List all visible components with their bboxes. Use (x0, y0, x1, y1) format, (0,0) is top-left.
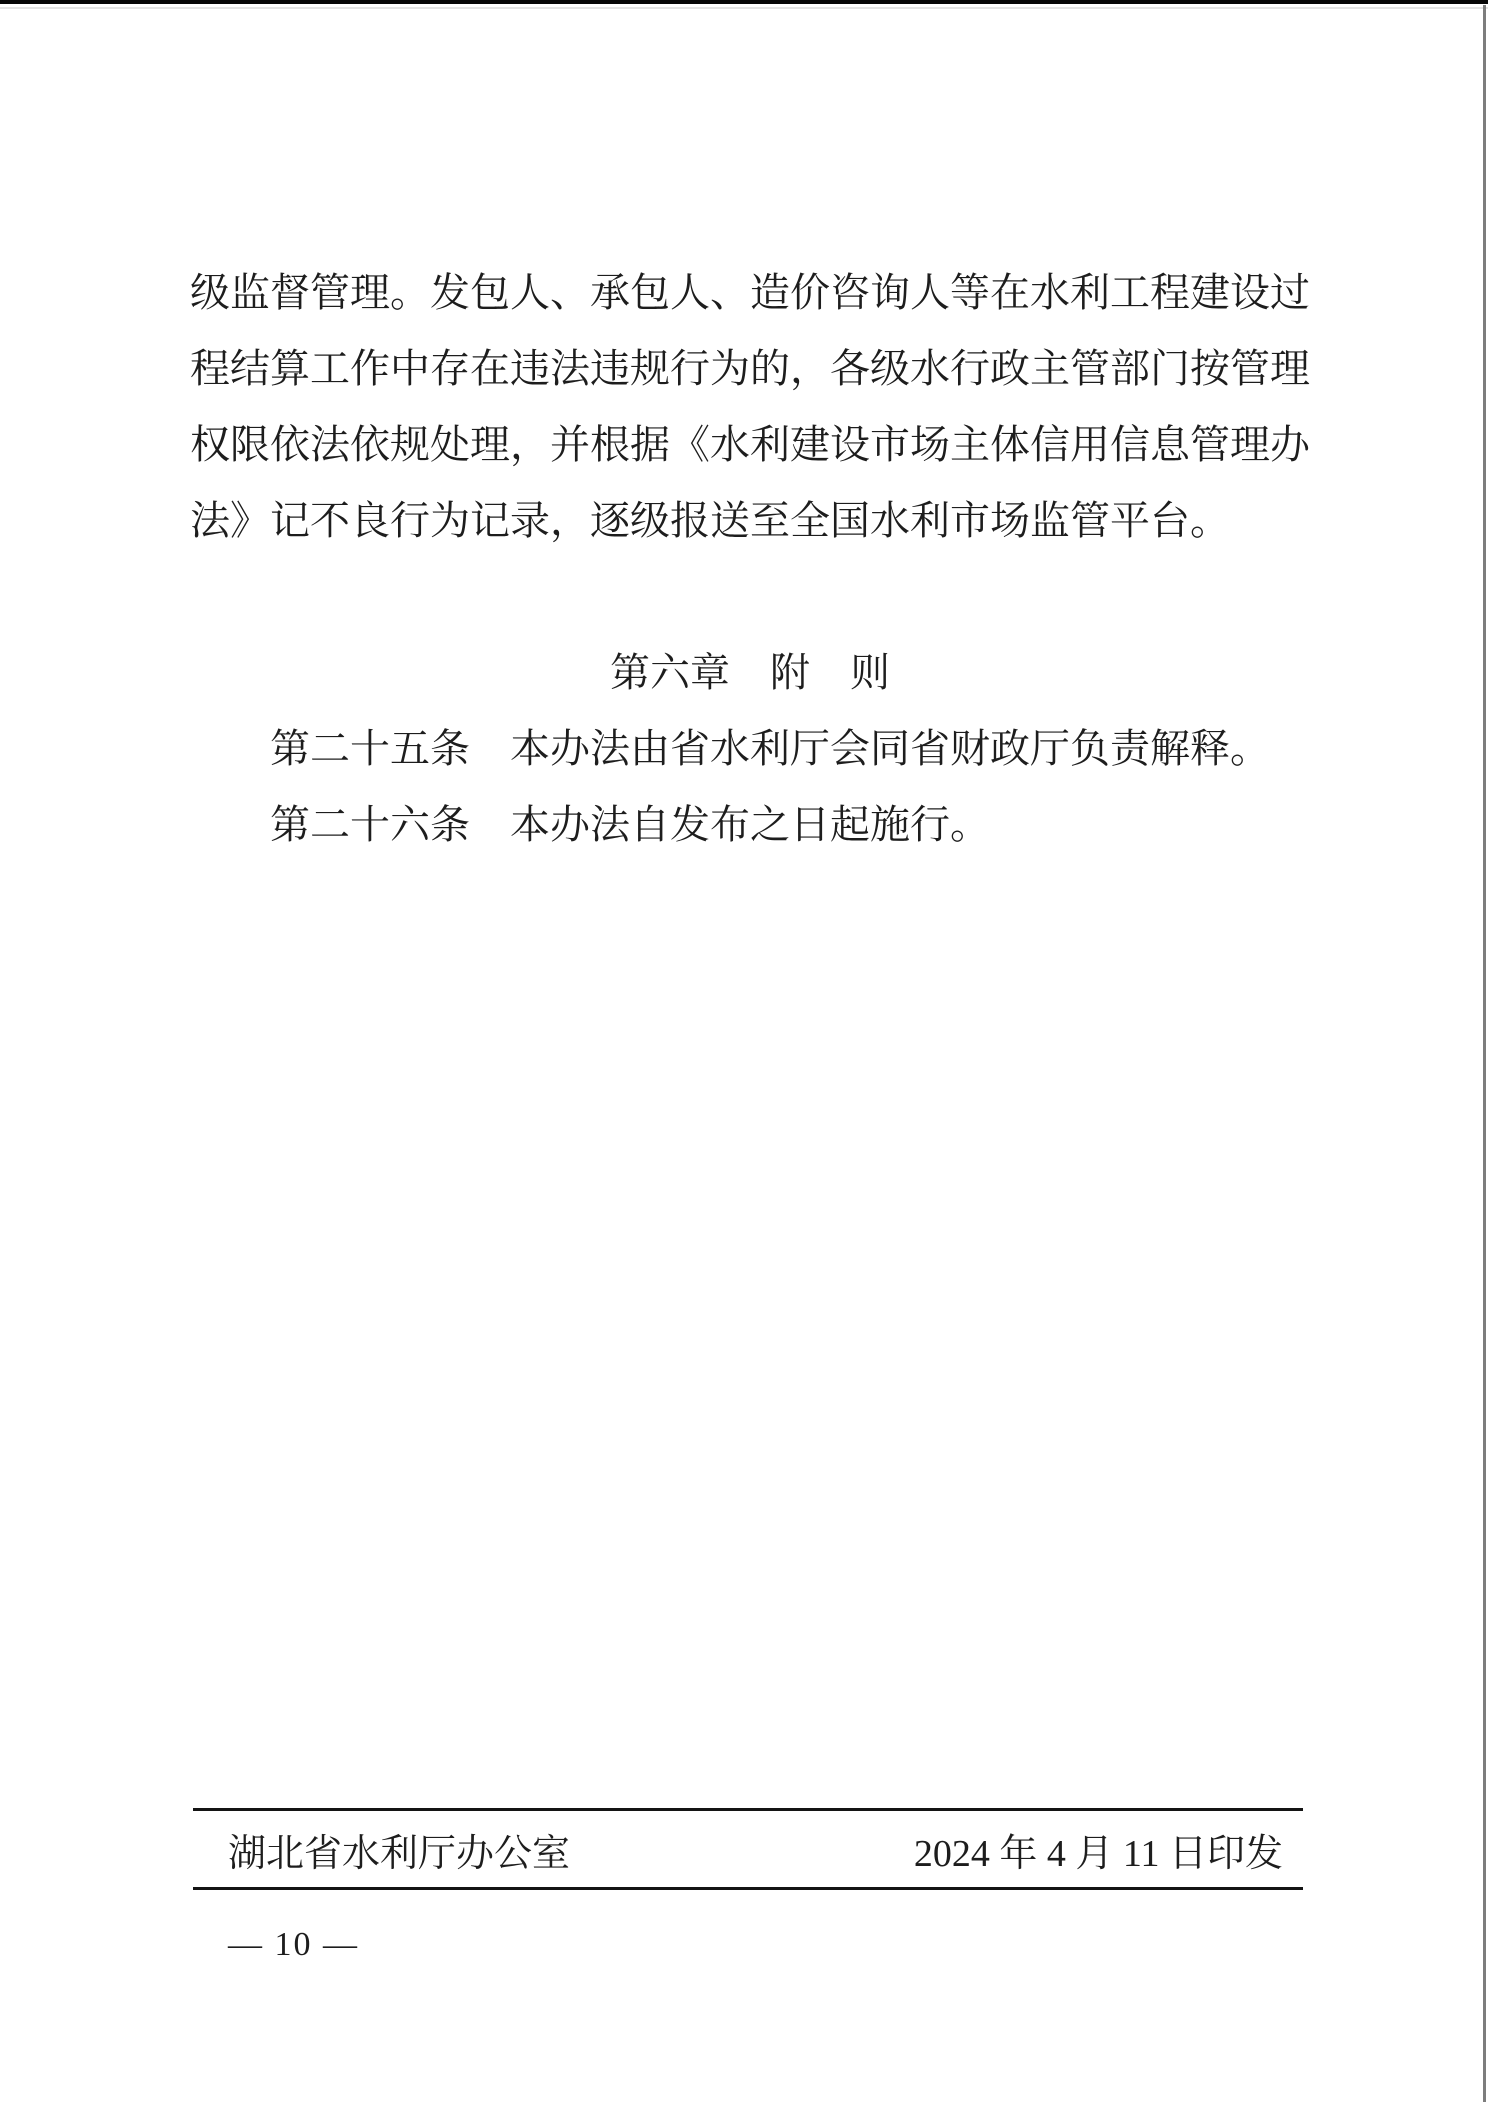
article-text: 本办法自发布之日起施行。 (510, 802, 990, 847)
blank-line (190, 559, 1310, 635)
body-paragraph-line: 级监督管理。发包人、承包人、造价咨询人等在水利工程建设过 (190, 255, 1310, 331)
body-paragraph-line: 法》记不良行为记录，逐级报送至全国水利市场监管平台。 (190, 483, 1310, 559)
article-line-25: 第二十五条本办法由省水利厅会同省财政厅负责解释。 (190, 711, 1310, 787)
document-page: 级监督管理。发包人、承包人、造价咨询人等在水利工程建设过 程结算工作中存在违法违… (0, 0, 1488, 2104)
page-top-edge-shadow (0, 7, 1488, 9)
chapter-heading: 第六章 附 则 (190, 635, 1310, 711)
footer-rule-bottom (193, 1887, 1303, 1890)
footer-row: 湖北省水利厅办公室 2024 年 4 月 11 日印发 (193, 1811, 1303, 1887)
page-right-edge-line (1483, 5, 1486, 2102)
article-text: 本办法由省水利厅会同省财政厅负责解释。 (510, 726, 1270, 771)
body-paragraph-line: 权限依法依规处理，并根据《水利建设市场主体信用信息管理办 (190, 407, 1310, 483)
document-body: 级监督管理。发包人、承包人、造价咨询人等在水利工程建设过 程结算工作中存在违法违… (190, 255, 1310, 863)
article-number: 第二十六条 (270, 802, 470, 847)
page-number: — 10 — (228, 1926, 359, 1964)
article-line-26: 第二十六条本办法自发布之日起施行。 (190, 787, 1310, 863)
page-top-edge-line (0, 0, 1488, 4)
body-paragraph-line: 程结算工作中存在违法违规行为的，各级水行政主管部门按管理 (190, 331, 1310, 407)
article-number: 第二十五条 (270, 726, 470, 771)
footer-issuer: 湖北省水利厅办公室 (228, 1822, 570, 1877)
footer-print-date: 2024 年 4 月 11 日印发 (914, 1822, 1283, 1877)
